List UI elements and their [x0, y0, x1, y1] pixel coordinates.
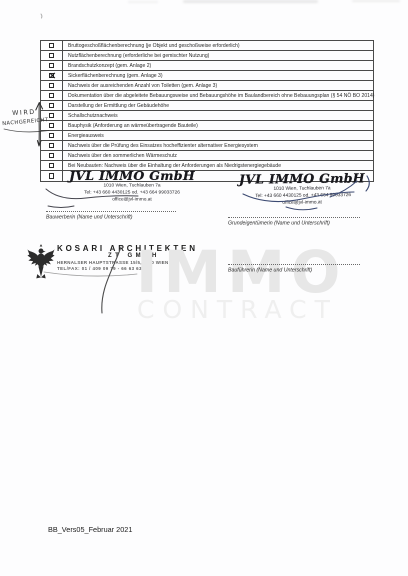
row-label: Bruttogeschoßflächenberechnung (je Objek…	[68, 43, 240, 49]
jvl-stamp-left: JVL IMMO GmbH 1010 Wien, Tuchlauben 7a T…	[52, 168, 212, 204]
row-label: Energieausweis	[68, 133, 104, 139]
row-label-cell: Brandschutzkonzept (gem. Anlage 2)	[63, 61, 373, 70]
checkbox-icon	[49, 133, 55, 139]
stamp-address: 1010 Wien, Tuchlauben 7a	[255, 186, 349, 191]
row-label-cell: Darstellung der Ermittlung der Gebäudehö…	[63, 101, 373, 110]
checklist-row: Dokumentation über die abgeleitete Bebau…	[41, 91, 373, 101]
watermark-contract: CONTRACT	[137, 297, 338, 322]
checkbox-icon	[49, 53, 55, 59]
stamp-address: 1010 Wien, Tuchlauben 7a	[84, 183, 180, 187]
checkbox-icon	[49, 113, 55, 119]
scan-artifact-top-1	[183, 0, 318, 3]
checkbox-icon	[49, 123, 55, 129]
row-label-cell: Dokumentation über die abgeleitete Bebau…	[63, 91, 408, 100]
row-label-cell: Nachweis der ausreichenden Anzahl von To…	[63, 81, 373, 90]
row-label-cell: Schallschutznachweis	[63, 111, 373, 120]
checklist-row: Bruttogeschoßflächenberechnung (je Objek…	[41, 41, 373, 51]
signature-label-baufuehrerin: Bauführerin (Name und Unterschrift)	[228, 267, 312, 273]
checklist-row: Nutzflächenberechnung (erforderliche bei…	[41, 51, 373, 61]
checkbox-icon	[49, 143, 55, 149]
checkbox-icon	[49, 93, 55, 99]
checkbox-cell	[41, 71, 63, 80]
pen-stroke-kosari-2	[44, 272, 137, 276]
row-label-cell: Sickerflächenberechnung (gem. Anlage 3)	[63, 71, 373, 80]
signature-line-baufuehrerin	[228, 264, 360, 265]
stamp-title: JVL IMMO GmbH	[224, 170, 380, 187]
scanned-document-page: IMMO CONTRACT Bruttogeschoßflächenberech…	[0, 0, 408, 576]
checkbox-cell	[41, 91, 63, 100]
checklist-row: Brandschutzkonzept (gem. Anlage 2)	[41, 61, 373, 71]
checkbox-cell	[41, 41, 63, 50]
footer-version-text: BB_Vers05_Februar 2021	[48, 525, 132, 534]
checkbox-cell	[41, 141, 63, 150]
checklist-row: Darstellung der Ermittlung der Gebäudehö…	[41, 101, 373, 111]
signature-label-grundeigentuemerin: Grundeigentümerin (Name und Unterschrift…	[228, 220, 330, 226]
checkbox-cell	[41, 51, 63, 60]
row-label: Nachweis über die Prüfung des Einsatzes …	[68, 143, 258, 149]
row-label: Bauphysik (Anforderung an wärmeübertrage…	[68, 123, 198, 129]
jvl-stamp-right: JVL IMMO GmbH 1010 Wien, Tuchlauben 7a T…	[224, 170, 380, 208]
row-label-cell: Energieausweis	[63, 131, 373, 140]
row-label: Schallschutznachweis	[68, 113, 118, 119]
checklist-row: Energieausweis	[41, 131, 373, 141]
row-label: Dokumentation über die abgeleitete Bebau…	[68, 93, 374, 99]
checkbox-icon	[49, 73, 55, 79]
stamp-phone: Tel: +43 660 4430125 od. +43 664 9903372…	[84, 190, 180, 194]
row-label-cell: Nachweis über die Prüfung des Einsatzes …	[63, 141, 374, 150]
checkbox-icon	[49, 103, 55, 109]
checklist-table: Bruttogeschoßflächenberechnung (je Objek…	[40, 40, 374, 182]
signature-line-bauwerberin	[46, 211, 176, 212]
stamp-email: office@jvl-immo.at	[84, 197, 180, 201]
row-label-cell: Bruttogeschoßflächenberechnung (je Objek…	[63, 41, 373, 50]
checkbox-icon	[49, 43, 55, 49]
row-label-cell: Nutzflächenberechnung (erforderliche bei…	[63, 51, 373, 60]
row-label: Sickerflächenberechnung (gem. Anlage 3)	[68, 73, 163, 79]
stamp-email: office@jvl-immo.at	[255, 200, 349, 205]
checklist-row: Nachweis der ausreichenden Anzahl von To…	[41, 81, 373, 91]
row-label: Darstellung der Ermittlung der Gebäudehö…	[68, 103, 169, 109]
checkbox-cell	[41, 101, 63, 110]
row-label: Nutzflächenberechnung (erforderliche bei…	[68, 53, 209, 59]
checklist-row: Bauphysik (Anforderung an wärmeübertrage…	[41, 121, 373, 131]
austrian-eagle-icon	[27, 243, 55, 281]
checkbox-cell	[41, 151, 63, 160]
checklist-row: Nachweis über die Prüfung des Einsatzes …	[41, 141, 373, 151]
checkbox-icon	[49, 153, 55, 159]
checkbox-cell	[41, 61, 63, 70]
checklist-row: Sickerflächenberechnung (gem. Anlage 3)	[41, 71, 373, 81]
signature-line-grundeigentuemerin	[228, 217, 360, 218]
stamp-phone: Tel: +43 660 4430125 od. +43 664 9903372…	[255, 193, 349, 198]
handwritten-note-wird: WIRD	[12, 109, 36, 117]
pen-mark-top	[41, 14, 42, 18]
checklist-row: Nachweis über den sommerlichen Wärmeschu…	[41, 151, 373, 161]
checkbox-cell	[41, 81, 63, 90]
checkbox-icon	[49, 83, 55, 89]
stamp-title: JVL IMMO GmbH	[52, 168, 212, 183]
row-label: Brandschutzkonzept (gem. Anlage 2)	[68, 63, 151, 69]
row-label-cell: Bauphysik (Anforderung an wärmeübertrage…	[63, 121, 373, 130]
row-label: Nachweis der ausreichenden Anzahl von To…	[68, 83, 217, 89]
checklist-row: Schallschutznachweis	[41, 111, 373, 121]
kosari-stamp-phone: TEL/FAX: 01 / 409 09 79 - 66 63 63	[57, 266, 142, 271]
signature-label-bauwerberin: Bauwerberin (Name und Unterschrift)	[46, 214, 132, 220]
row-label: Nachweis über den sommerlichen Wärmeschu…	[68, 153, 177, 159]
scan-artifact-top-3	[128, 1, 158, 3]
checkbox-cell	[41, 131, 63, 140]
checkbox-icon	[49, 63, 55, 69]
scan-artifact-top-2	[352, 0, 400, 2]
row-label-cell: Nachweis über den sommerlichen Wärmeschu…	[63, 151, 373, 160]
